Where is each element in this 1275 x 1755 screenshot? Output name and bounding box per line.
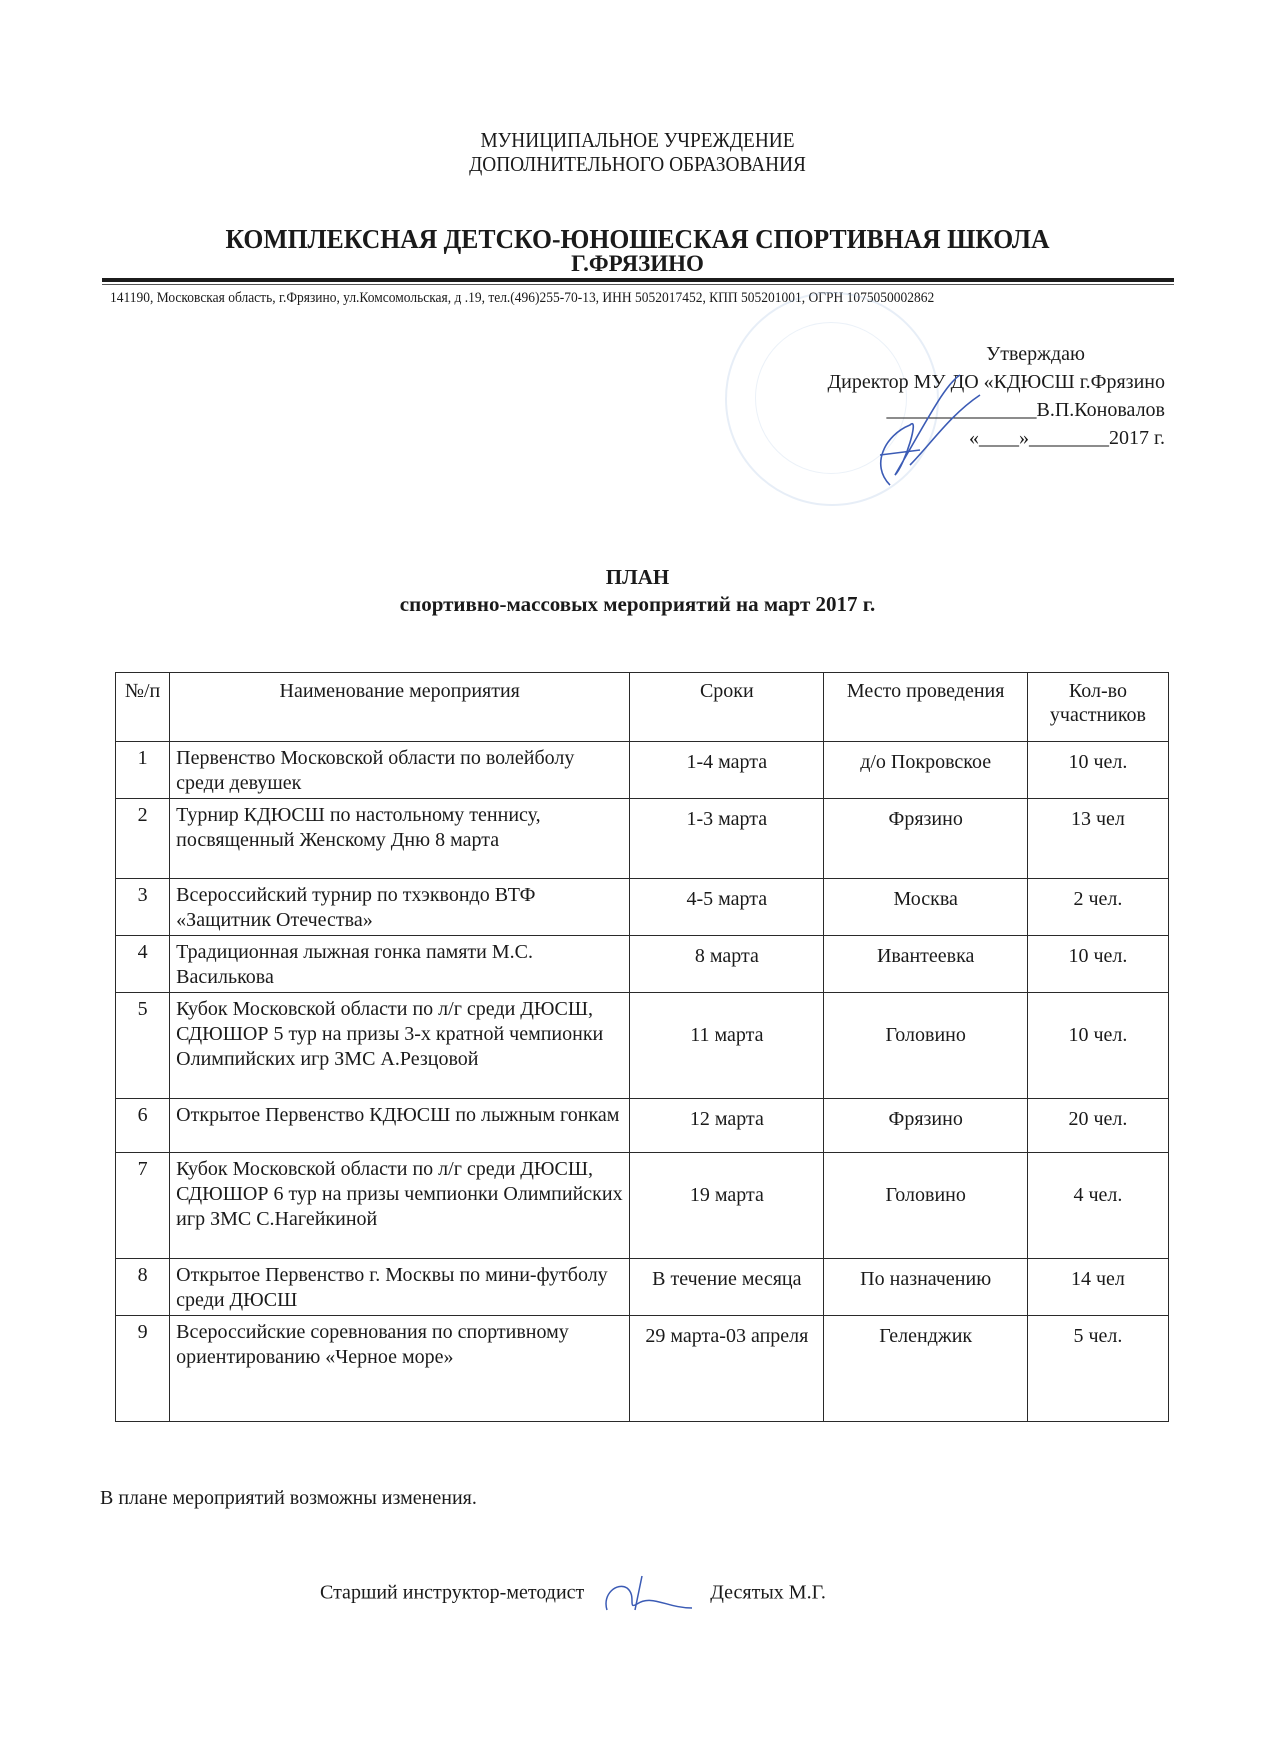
signer-name: Десятых М.Г. [710,1582,826,1604]
event-dates: В течение месяца [630,1259,824,1316]
event-place: Фрязино [824,1099,1027,1153]
participant-count: 13 чел [1027,799,1168,879]
row-num: 4 [116,936,170,993]
row-num: 2 [116,799,170,879]
document-title: ПЛАН [0,565,1275,590]
participant-count: 14 чел [1027,1259,1168,1316]
header-name: Наименование мероприятия [170,673,630,742]
events-table: №/п Наименование мероприятия Сроки Место… [115,672,1169,1422]
event-dates: 1-3 марта [630,799,824,879]
event-dates: 29 марта-03 апреля [630,1316,824,1422]
header-count: Кол-во участников [1027,673,1168,742]
table-row: 2Турнир КДЮСШ по настольному теннису, по… [116,799,1169,879]
event-dates: 19 марта [630,1153,824,1259]
event-name: Кубок Московской области по л/г среди ДЮ… [170,1153,630,1259]
event-dates: 11 марта [630,993,824,1099]
event-place: Геленджик [824,1316,1027,1422]
header-divider-thin [102,284,1174,285]
header-num: №/п [116,673,170,742]
event-place: Москва [824,879,1027,936]
event-place: По назначению [824,1259,1027,1316]
table-row: 7Кубок Московской области по л/г среди Д… [116,1153,1169,1259]
event-name: Всероссийские соревнования по спортивном… [170,1316,630,1422]
school-city: Г.ФРЯЗИНО [0,251,1275,277]
org-type-line1: МУНИЦИПАЛЬНОЕ УЧРЕЖДЕНИЕ [51,128,1224,153]
table-row: 1Первенство Московской области по волейб… [116,742,1169,799]
changes-note: В плане мероприятий возможны изменения. [100,1487,477,1510]
event-dates: 1-4 марта [630,742,824,799]
event-place: Ивантеевка [824,936,1027,993]
event-place: Фрязино [824,799,1027,879]
table-header-row: №/п Наименование мероприятия Сроки Место… [116,673,1169,742]
event-name: Кубок Московской области по л/г среди ДЮ… [170,993,630,1099]
event-name: Открытое Первенство г. Москвы по мини-фу… [170,1259,630,1316]
event-place: Головино [824,993,1027,1099]
event-place: д/о Покровское [824,742,1027,799]
event-name: Первенство Московской области по волейбо… [170,742,630,799]
event-place: Головино [824,1153,1027,1259]
event-name: Традиционная лыжная гонка памяти М.С. Ва… [170,936,630,993]
table-row: 3Всероссийский турнир по тхэквондо ВТФ «… [116,879,1169,936]
org-type-line2: ДОПОЛНИТЕЛЬНОГО ОБРАЗОВАНИЯ [51,152,1224,177]
methodist-signature-icon [597,1574,697,1614]
row-num: 1 [116,742,170,799]
header-place: Место проведения [824,673,1027,742]
header-divider [102,278,1174,282]
header-dates: Сроки [630,673,824,742]
participant-count: 20 чел. [1027,1099,1168,1153]
table-row: 8Открытое Первенство г. Москвы по мини-ф… [116,1259,1169,1316]
signature-row: Старший инструктор-методист Десятых М.Г. [320,1574,826,1614]
event-name: Открытое Первенство КДЮСШ по лыжным гонк… [170,1099,630,1153]
row-num: 8 [116,1259,170,1316]
table-row: 5Кубок Московской области по л/г среди Д… [116,993,1169,1099]
participant-count: 10 чел. [1027,742,1168,799]
signer-title: Старший инструктор-методист [320,1582,584,1604]
document-subtitle: спортивно-массовых мероприятий на март 2… [0,592,1275,617]
row-num: 6 [116,1099,170,1153]
event-name: Всероссийский турнир по тхэквондо ВТФ «З… [170,879,630,936]
event-dates: 8 марта [630,936,824,993]
participant-count: 4 чел. [1027,1153,1168,1259]
row-num: 5 [116,993,170,1099]
event-dates: 4-5 марта [630,879,824,936]
row-num: 3 [116,879,170,936]
director-signature-icon [850,355,1000,505]
row-num: 9 [116,1316,170,1422]
table-row: 6Открытое Первенство КДЮСШ по лыжным гон… [116,1099,1169,1153]
event-name: Турнир КДЮСШ по настольному теннису, пос… [170,799,630,879]
table-row: 4Традиционная лыжная гонка памяти М.С. В… [116,936,1169,993]
row-num: 7 [116,1153,170,1259]
participant-count: 2 чел. [1027,879,1168,936]
participant-count: 5 чел. [1027,1316,1168,1422]
event-dates: 12 марта [630,1099,824,1153]
table-row: 9Всероссийские соревнования по спортивно… [116,1316,1169,1422]
participant-count: 10 чел. [1027,993,1168,1099]
participant-count: 10 чел. [1027,936,1168,993]
